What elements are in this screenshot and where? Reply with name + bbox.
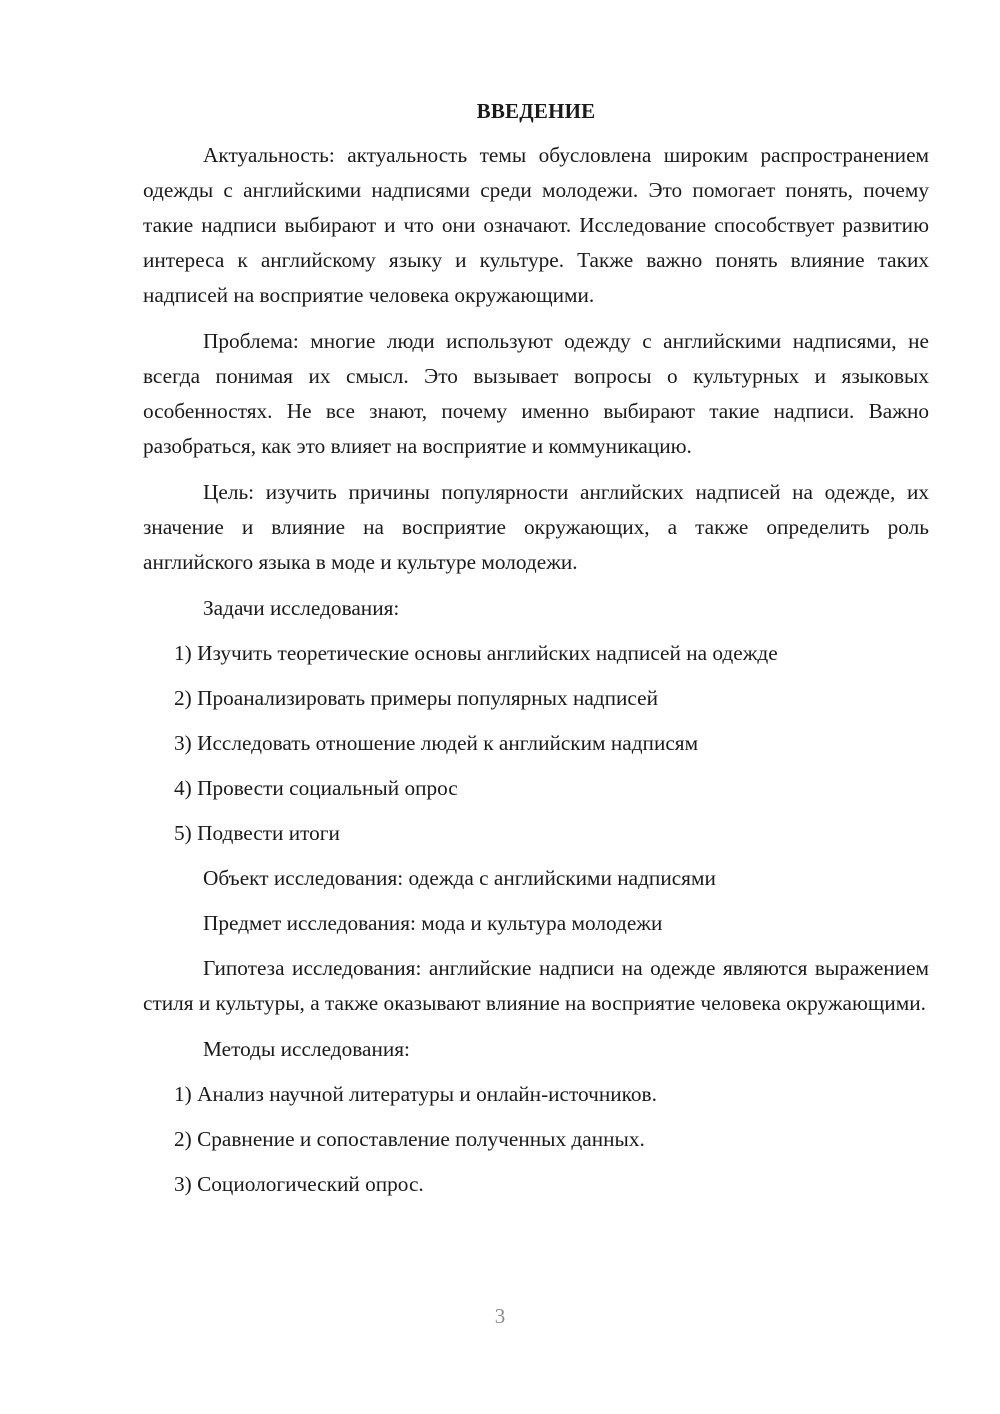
- method-item: 2) Сравнение и сопоставление полученных …: [143, 1122, 929, 1157]
- document-page: ВВЕДЕНИЕ Актуальность: актуальность темы…: [143, 96, 929, 1212]
- problem-paragraph: Проблема: многие люди используют одежду …: [143, 324, 929, 464]
- subject-paragraph: Предмет исследования: мода и культура мо…: [143, 906, 929, 941]
- page-number: 3: [0, 1304, 1000, 1329]
- task-item: 3) Исследовать отношение людей к английс…: [143, 726, 929, 761]
- page-title: ВВЕДЕНИЕ: [143, 96, 929, 126]
- task-item: 1) Изучить теоретические основы английск…: [143, 636, 929, 671]
- method-item: 1) Анализ научной литературы и онлайн-ис…: [143, 1077, 929, 1112]
- object-paragraph: Объект исследования: одежда с английским…: [143, 861, 929, 896]
- task-item: 5) Подвести итоги: [143, 816, 929, 851]
- goal-paragraph: Цель: изучить причины популярности англи…: [143, 475, 929, 580]
- methods-list: 1) Анализ научной литературы и онлайн-ис…: [143, 1077, 929, 1202]
- methods-label: Методы исследования:: [143, 1032, 929, 1067]
- method-item: 3) Социологический опрос.: [143, 1167, 929, 1202]
- hypothesis-paragraph: Гипотеза исследования: английские надпис…: [143, 951, 929, 1021]
- task-item: 4) Провести социальный опрос: [143, 771, 929, 806]
- relevance-paragraph: Актуальность: актуальность темы обусловл…: [143, 138, 929, 313]
- task-item: 2) Проанализировать примеры популярных н…: [143, 681, 929, 716]
- tasks-list: 1) Изучить теоретические основы английск…: [143, 636, 929, 851]
- tasks-label: Задачи исследования:: [143, 591, 929, 626]
